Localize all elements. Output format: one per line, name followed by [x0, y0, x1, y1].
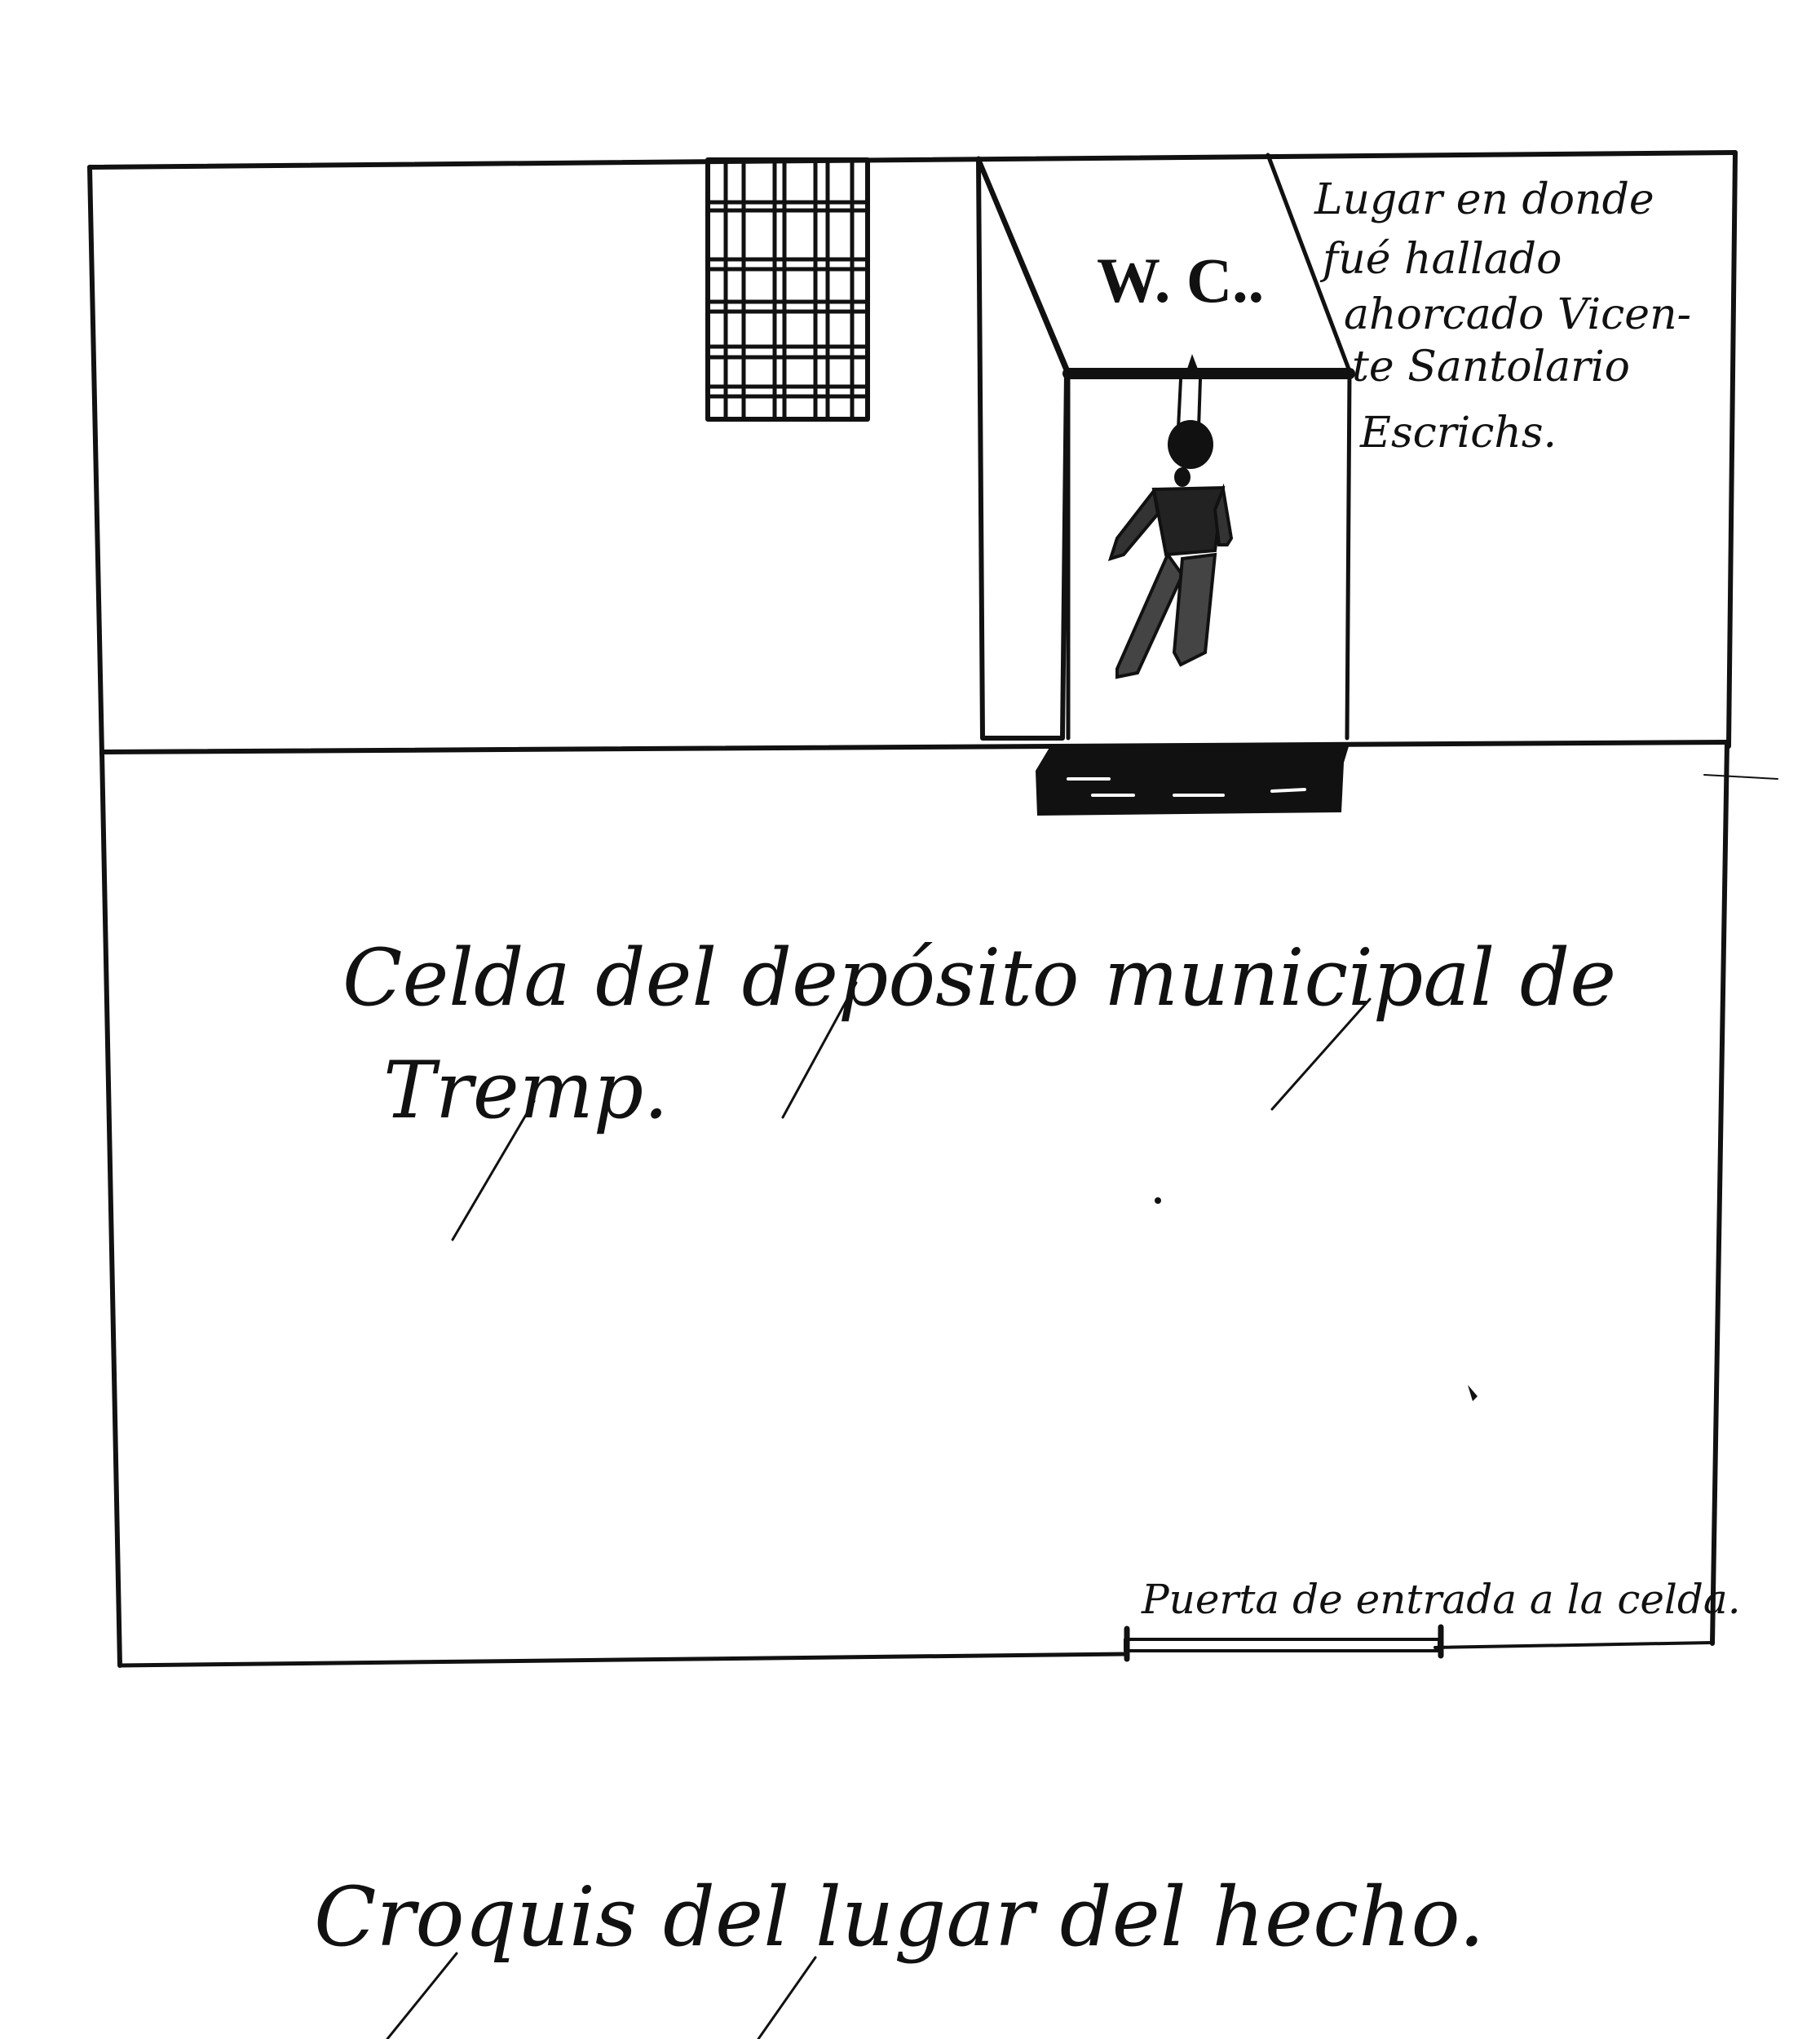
entrance-door: Puerta de entrada a la celda.: [1125, 1576, 1741, 1659]
sketch-canvas: W. C.. Lugar en donde fué hallado ahorca…: [0, 0, 1820, 2039]
toilet-enclosure: W. C..: [978, 155, 1350, 738]
cell-label-line-1: Celda del depósito municipal de: [342, 932, 1616, 1024]
annotation-line-5: Escrichs.: [1359, 409, 1557, 458]
cell-label: Celda del depósito municipal de Tremp.: [342, 932, 1616, 1240]
annotation-found-location: Lugar en donde fué hallado ahorcado Vice…: [1314, 175, 1691, 458]
hanging-figure: [1111, 379, 1231, 677]
hatched-wall-section: [978, 160, 1067, 738]
annotation-line-3: ahorcado Vicen-: [1344, 290, 1691, 339]
toilet-step: [1036, 744, 1350, 816]
door-label: Puerta de entrada a la celda.: [1141, 1576, 1741, 1623]
annotation-line-2: fué hallado: [1319, 235, 1562, 284]
sketch-title: Croquis del lugar del hecho.: [314, 1869, 1485, 1965]
wc-label: W. C..: [1097, 245, 1264, 316]
annotation-line-1: Lugar en donde: [1314, 175, 1654, 224]
annotation-line-4: te Santolario: [1352, 343, 1630, 391]
barred-window: [708, 160, 868, 419]
cell-label-line-2: Tremp.: [383, 1045, 669, 1136]
stray-marks: [1155, 1197, 1478, 1401]
